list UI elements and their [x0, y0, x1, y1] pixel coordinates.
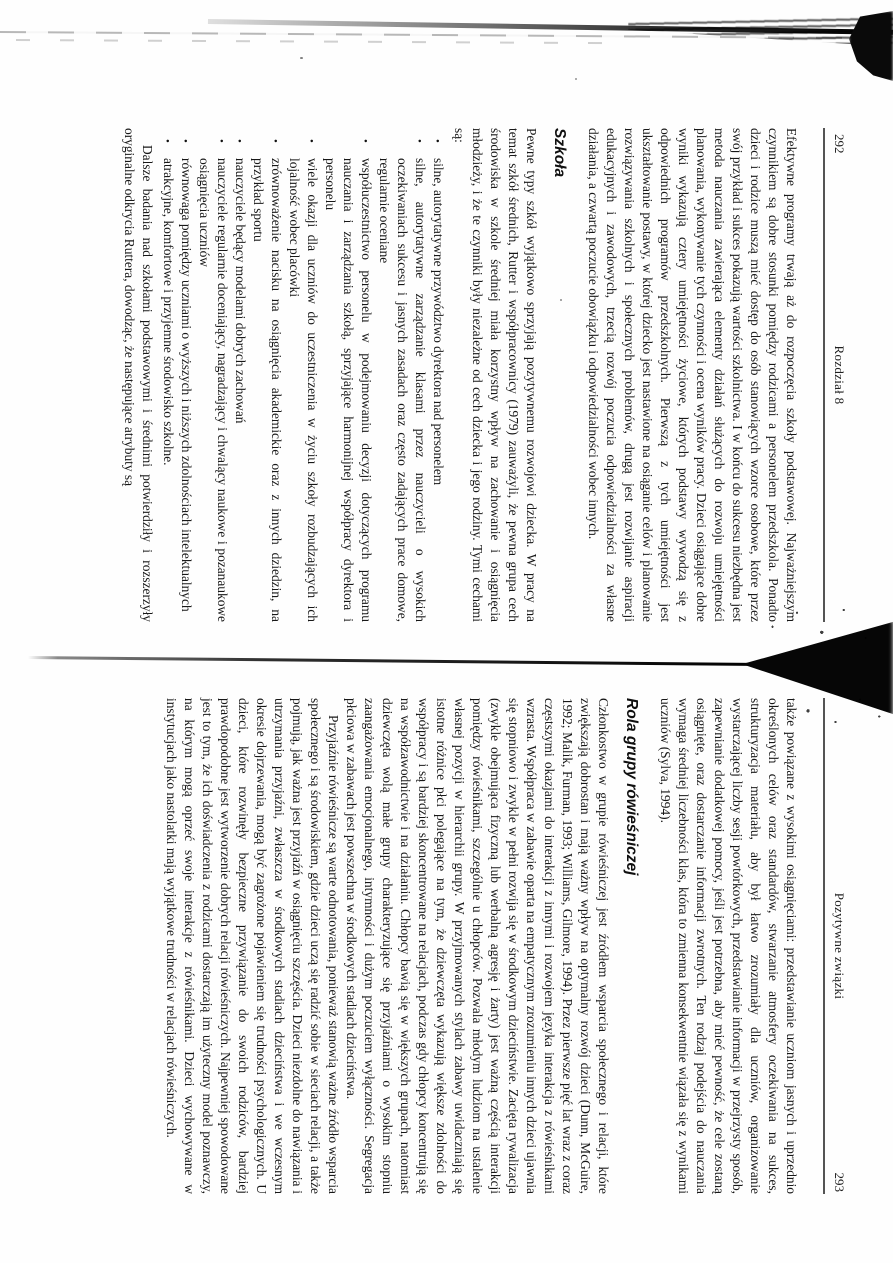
- bullet-item: zrównoważenie nacisku na osiągnięcia aka…: [249, 158, 285, 622]
- bullet-item: wiele okazji dla uczniów do uczestniczen…: [285, 158, 321, 622]
- bullet-item: atrakcyjne, komfortowe i przyjemne środo…: [159, 158, 177, 622]
- page-293-body: także powiązane z wysokimi osiągnięciami…: [162, 698, 800, 1194]
- header-rule: [823, 128, 825, 622]
- paragraph: Pewne typy szkół wyjątkowo sprzyjają poz…: [450, 128, 540, 622]
- section-heading: Szkoła: [549, 128, 569, 622]
- bullet-item: współuczestnictwo personelu w podejmowan…: [321, 158, 375, 622]
- scan-speck: [560, 299, 562, 301]
- page-number: 293: [831, 1173, 847, 1193]
- section-heading: Rola grupy rówieśniczej: [621, 698, 641, 1194]
- paragraph: także powiązane z wysokimi osiągnięciami…: [656, 698, 800, 1194]
- header-rule: [823, 698, 825, 1194]
- page-293-header: Pozytywne związki 293: [828, 698, 847, 1194]
- page-292-content: 292 Rozdział 8 Efektywne programy trwają…: [120, 128, 847, 622]
- page-293-content: Pozytywne związki 293 także powiązane z …: [162, 698, 847, 1194]
- school-features-list: silne, autorytatywne przywództwo dyrekto…: [159, 128, 447, 622]
- scan-speck: [300, 57, 303, 59]
- running-title: Rozdział 8: [831, 128, 847, 622]
- scan-speck: [575, 78, 577, 80]
- page-292-header: 292 Rozdział 8: [828, 128, 847, 622]
- paragraph: Przyjaźnie rówieśnicze są warte odnotowa…: [162, 698, 342, 1194]
- bullet-item: silne, autorytatywne zarządzanie klasami…: [375, 158, 429, 622]
- scanned-book-spread: 292 Rozdział 8 Efektywne programy trwają…: [0, 0, 893, 1263]
- bullet-item: silne, autorytatywne przywództwo dyrekto…: [429, 158, 447, 622]
- gutter-shadow-speckle: [756, 596, 893, 736]
- running-title: Pozytywne związki: [831, 698, 847, 1194]
- page-292-body: Efektywne programy trwają aż do rozpoczę…: [120, 128, 800, 622]
- paragraph: Dalsze badania nad szkołami podstawowymi…: [120, 128, 156, 622]
- bullet-item: nauczyciele będący modelami dobrych zach…: [231, 158, 249, 622]
- paragraph: Członkostwo w grupie rówieśniczej jest ź…: [342, 698, 612, 1194]
- page-292: 292 Rozdział 8 Efektywne programy trwają…: [0, 0, 893, 631]
- bullet-item: nauczyciele regularnie doceniający, nagr…: [195, 158, 231, 622]
- bullet-item: równowaga pomiędzy uczniami o wyższych i…: [177, 158, 195, 622]
- paragraph: Efektywne programy trwają aż do rozpoczę…: [584, 128, 800, 622]
